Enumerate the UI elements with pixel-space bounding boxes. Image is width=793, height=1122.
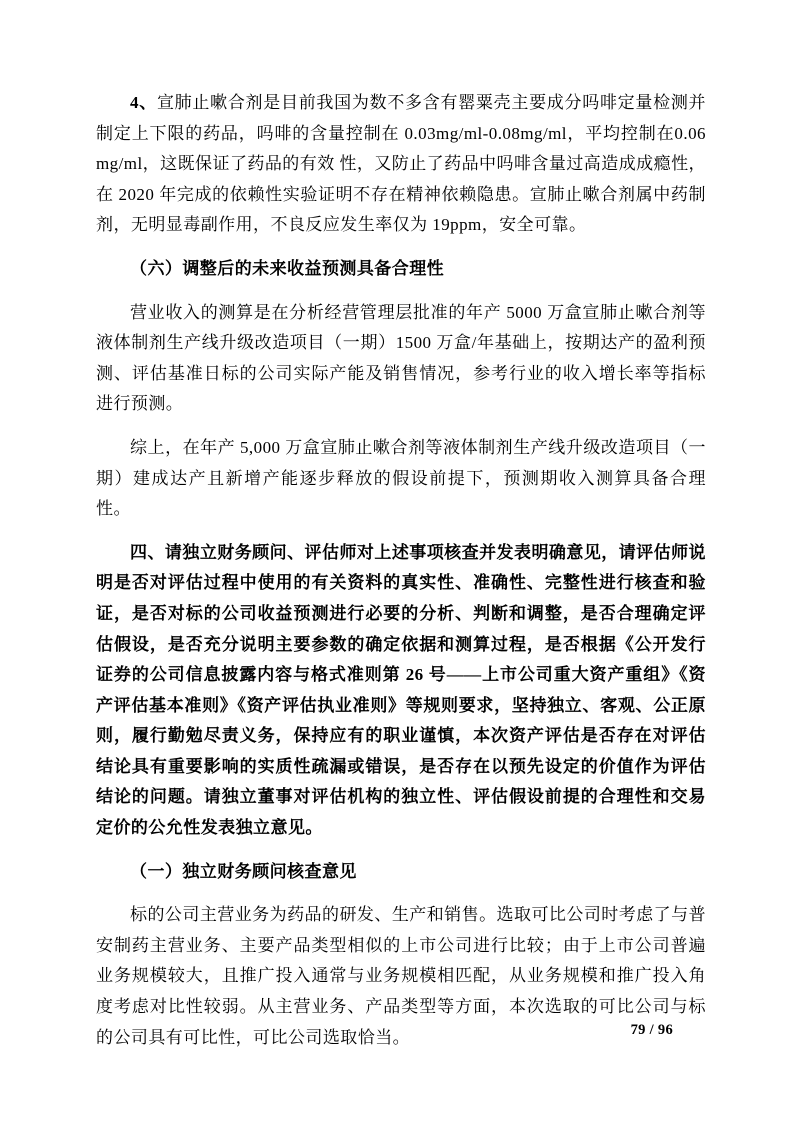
paragraph-summary-conclusion: 综上，在年产 5,000 万盒宣肺止嗽合剂等液体制剂生产线升级改造项目（一期）建… xyxy=(96,433,706,525)
document-page: 4、宣肺止嗽合剂是目前我国为数不多含有罂粟壳主要成分吗啡定量检测并制定上下限的药… xyxy=(0,0,793,1122)
paragraph-revenue-forecast: 营业收入的测算是在分析经营管理层批准的年产 5000 万盒宣肺止嗽合剂等液体制剂… xyxy=(96,298,706,420)
heading-section-six: （六）调整后的未来收益预测具备合理性 xyxy=(96,254,706,285)
list-number: 4、 xyxy=(130,93,157,112)
paragraph-section-four-inquiry: 四、请独立财务顾问、评估师对上述事项核查并发表明确意见，请评估师说明是否对评估过… xyxy=(96,538,706,844)
paragraph-morphine-control: 4、宣肺止嗽合剂是目前我国为数不多含有罂粟壳主要成分吗啡定量检测并制定上下限的药… xyxy=(96,88,706,241)
paragraph-advisor-opinion: 标的公司主营业务为药品的研发、生产和销售。选取可比公司时考虑了与普安制药主营业务… xyxy=(96,900,706,1053)
heading-section-one: （一）独立财务顾问核查意见 xyxy=(96,857,706,888)
page-number: 79 / 96 xyxy=(631,1022,673,1039)
paragraph-morphine-text: 宣肺止嗽合剂是目前我国为数不多含有罂粟壳主要成分吗啡定量检测并制定上下限的药品，… xyxy=(96,93,706,234)
